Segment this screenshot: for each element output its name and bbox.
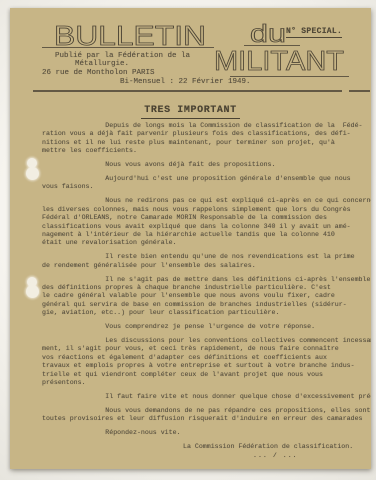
paragraph: Il ne s'agit pas de mettre dans les défi…: [42, 276, 371, 318]
paragraph-line: Nous vous avons déjà fait des propositio…: [42, 161, 371, 169]
paragraph-line: toutes provisoires et leur diffusion ris…: [42, 415, 371, 423]
signature: La Commission Fédération de classificati…: [183, 443, 371, 451]
continuation-mark: ... / ...: [253, 452, 371, 460]
paragraph-line: vos réactions et également d'adapter ces…: [42, 354, 371, 362]
bulletin-page: BULLETIN du N° SPECIAL. MILITANT Publié …: [10, 8, 371, 469]
paragraph-line: Fédéral d'ORLEANS, notre Camarade MORIN …: [42, 214, 371, 222]
paragraph: Il faut faire vite et nous donner quelqu…: [42, 393, 371, 401]
bulletin-underline: [42, 47, 214, 48]
headline: TRES IMPORTANT: [10, 99, 371, 117]
masthead-divider-end: [349, 90, 370, 92]
paragraph: Il reste bien entendu qu'une de nos reve…: [42, 253, 371, 270]
paragraph-line: Il faut faire vite et nous donner quelqu…: [42, 393, 371, 401]
paragraph-line: mettre les coefficients.: [42, 147, 371, 155]
paragraph: Nous vous demandons de ne pas répandre c…: [42, 407, 371, 424]
paragraph: Nous ne redirons pas ce qui est expliqué…: [42, 197, 371, 247]
paragraph-line: Répondez-nous vite.: [42, 429, 371, 437]
paragraph-line: travaux et emplois propres à votre entre…: [42, 362, 371, 370]
scan-background: BULLETIN du N° SPECIAL. MILITANT Publié …: [0, 0, 376, 480]
paragraph-line: ration vous a déjà fait parvenir plusieu…: [42, 130, 371, 138]
headline-text: TRES IMPORTANT: [141, 105, 239, 119]
paragraph: Nous vous avons déjà fait des propositio…: [42, 161, 371, 169]
paragraph-line: Nous ne redirons pas ce qui est expliqué…: [42, 197, 371, 205]
paragraph-line: de rendement généralisée pour l'ensemble…: [42, 262, 371, 270]
paragraph-line: était une revalorisation générale.: [42, 239, 371, 247]
paragraph: Vous comprendrez je pense l'urgence de v…: [42, 323, 371, 331]
publisher-line-1: Publié par la Fédération de la: [55, 52, 190, 60]
paragraph-line: général qui servira de base en commissio…: [42, 301, 371, 309]
paper-hole-top-lower: [26, 167, 39, 180]
masthead-divider: [33, 90, 342, 92]
paper-hole-bottom-lower: [26, 285, 39, 298]
publisher-address: 26 rue de Montholon PARIS: [42, 69, 155, 77]
paragraph-line: Vous comprendrez je pense l'urgence de v…: [42, 323, 371, 331]
paragraph-line: gie, aviation, etc..) pour leur classifi…: [42, 309, 371, 317]
paragraph-line: Il reste bien entendu qu'une de nos reve…: [42, 253, 371, 261]
paragraph-line: ment, il s'agit pour vous, et ceci très …: [42, 345, 371, 353]
issue-date-line: Bi-Mensuel : 22 Février 1949.: [120, 78, 251, 86]
masthead-word-militant: MILITANT: [212, 43, 354, 77]
paragraph: Les discussions pour les conventions col…: [42, 337, 371, 387]
publisher-line-2: Métallurgie.: [75, 60, 129, 68]
body-text: Depuis de longs mois la Commission de cl…: [42, 122, 371, 460]
paragraph: Depuis de longs mois la Commission de cl…: [42, 122, 371, 156]
paragraph-line: trielle et qui viendront compléter ceux …: [42, 371, 371, 379]
paragraph-line: nitions et il ne lui reste plus maintena…: [42, 139, 371, 147]
paragraph-line: le cadre général valable pour l'ensemble…: [42, 292, 371, 300]
paragraph-line: présentons.: [42, 379, 371, 387]
paragraph-line: vous faisons.: [42, 183, 371, 191]
paragraphs-container: Depuis de longs mois la Commission de cl…: [42, 122, 371, 438]
paragraph: Aujourd'hui c'est une proposition généra…: [42, 175, 371, 192]
paragraph-line: Il ne s'agit pas de mettre dans les défi…: [42, 276, 371, 284]
paragraph: Répondez-nous vite.: [42, 429, 371, 437]
svg-text:MILITANT: MILITANT: [214, 45, 344, 76]
special-issue-label: N° SPECIAL.: [286, 27, 342, 38]
paragraph-line: les diverses colonnes, mais nous vous ra…: [42, 206, 371, 214]
paragraph-line: classifications vous avait expliqué que …: [42, 223, 371, 231]
